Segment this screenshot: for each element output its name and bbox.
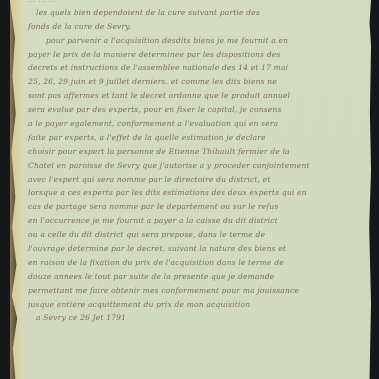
manuscript-line: 25, 26, 29 juin et 9 juillet derniers, e… xyxy=(28,75,366,89)
manuscript-line: lorsque a ces experts par les dits estim… xyxy=(28,186,366,200)
date-signature-line: a Sevry ce 26 Jet 1791 xyxy=(36,311,366,325)
manuscript-line: en l'occurrence je me fournit a payer a … xyxy=(28,214,366,228)
manuscript-line: en raison de la fixation du prix de l'ac… xyxy=(28,256,366,270)
manuscript-line: payer le prix de la maniere determinee p… xyxy=(28,48,366,62)
manuscript-line: avec l'expert qui sera nomme par le dire… xyxy=(28,173,366,187)
manuscript-line: l'ouvrage determine par le decret, suiva… xyxy=(28,242,366,256)
manuscript-line: sont pas affermes et tant le decret ordo… xyxy=(28,89,366,103)
manuscript-line: cas de partage sera nomme par le departe… xyxy=(28,200,366,214)
manuscript-line: douze annees le tout par suite de la pre… xyxy=(28,270,366,284)
manuscript-line: pour parvenir a l'acquisition desdits bi… xyxy=(36,34,366,48)
paper-edge-stain xyxy=(10,0,24,379)
manuscript-line: faite par experts, a l'effet de la quell… xyxy=(28,131,366,145)
manuscript-line: ou a celle du dit district qui sera prep… xyxy=(28,228,366,242)
manuscript-line: choisir pour expert la personne de Etien… xyxy=(28,145,366,159)
manuscript-line: permettant me faire obtenir mes conforme… xyxy=(28,284,366,298)
manuscript-line: Chatel en paroisse de Sevry que j'autori… xyxy=(28,159,366,173)
manuscript-line: a le payer egalement, conformement a l'e… xyxy=(28,117,366,131)
manuscript-line: jusque entiere acquittement du prix de m… xyxy=(28,298,366,312)
manuscript-line: decrets et instructions de l'assemblee n… xyxy=(28,61,366,75)
manuscript-line: les quels bien dependoient de la cure su… xyxy=(36,6,366,20)
manuscript-line: fonds de la cure de Sevry. xyxy=(28,20,366,34)
manuscript-text: ... ... ... les quels bien dependoient d… xyxy=(36,0,366,325)
scanned-document: ... ... ... les quels bien dependoient d… xyxy=(0,0,379,379)
manuscript-line: sera evalue par des experts, pour en fix… xyxy=(28,103,366,117)
